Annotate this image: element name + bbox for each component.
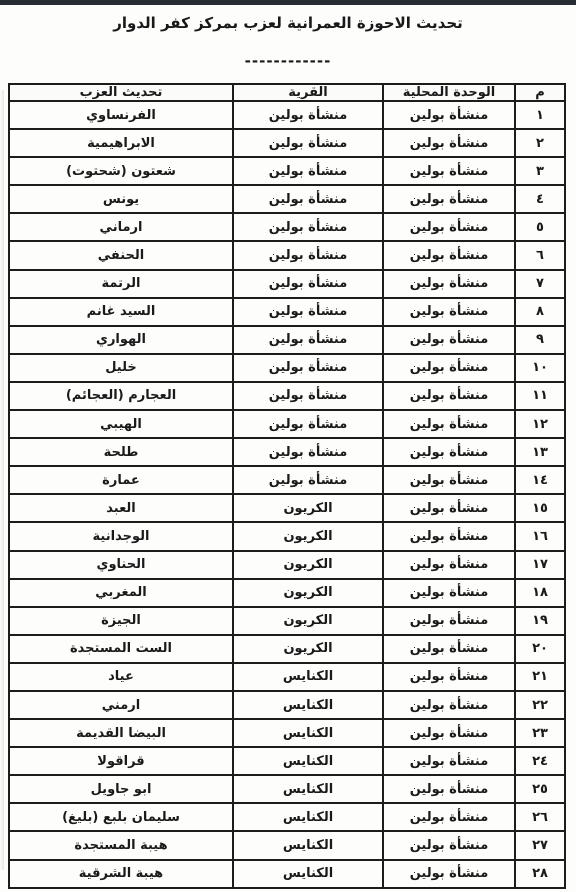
cell-number: ٢ <box>515 129 565 157</box>
cell-local-unit: منشأة بولين <box>383 410 515 438</box>
cell-village: منشأة بولين <box>233 354 383 382</box>
table-row: ١٦منشأة بولينالكريونالوجدانية <box>9 522 565 550</box>
cell-village: منشأة بولين <box>233 101 383 129</box>
cell-hamlet: الست المستجدة <box>9 635 233 663</box>
cell-local-unit: منشأة بولين <box>383 803 515 831</box>
cell-village: منشأة بولين <box>233 466 383 494</box>
cell-village: الكريون <box>233 494 383 522</box>
cell-local-unit: منشأة بولين <box>383 101 515 129</box>
cell-local-unit: منشأة بولين <box>383 270 515 298</box>
cell-hamlet: الهواري <box>9 326 233 354</box>
table-row: ٢١منشأة بولينالكنايسعياد <box>9 663 565 691</box>
cell-local-unit: منشأة بولين <box>383 298 515 326</box>
cell-number: ١٦ <box>515 522 565 550</box>
table-row: ٩منشأة بولينمنشأة بولينالهواري <box>9 326 565 354</box>
header-local-unit: الوحدة المحلية <box>383 84 515 101</box>
cell-local-unit: منشأة بولين <box>383 354 515 382</box>
cell-village: الكريون <box>233 607 383 635</box>
table-row: ٨منشأة بولينمنشأة بولينالسيد غانم <box>9 298 565 326</box>
cell-local-unit: منشأة بولين <box>383 326 515 354</box>
cell-village: منشأة بولين <box>233 129 383 157</box>
cell-local-unit: منشأة بولين <box>383 129 515 157</box>
cell-local-unit: منشأة بولين <box>383 157 515 185</box>
cell-hamlet: خليل <box>9 354 233 382</box>
cell-village: الكريون <box>233 522 383 550</box>
cell-hamlet: ارمني <box>9 691 233 719</box>
cell-hamlet: الوجدانية <box>9 522 233 550</box>
cell-number: ١١ <box>515 382 565 410</box>
cell-number: ١٣ <box>515 438 565 466</box>
table-row: ١٠منشأة بولينمنشأة بولينخليل <box>9 354 565 382</box>
cell-local-unit: منشأة بولين <box>383 494 515 522</box>
scanned-document-page: تحديث الاحوزة العمرانية لعزب بمركز كفر ا… <box>0 0 576 892</box>
cell-hamlet: الابراهيمية <box>9 129 233 157</box>
table-row: ٢٣منشأة بولينالكنايسالبيضا القديمة <box>9 719 565 747</box>
cell-hamlet: البيضا القديمة <box>9 719 233 747</box>
cell-local-unit: منشأة بولين <box>383 747 515 775</box>
table-row: ٦منشأة بولينمنشأة بولينالحنفي <box>9 241 565 269</box>
table-row: ٢٦منشأة بولينالكنايسسليمان بلبع (بليغ) <box>9 803 565 831</box>
table-row: ٣منشأة بولينمنشأة بولينشعتون (شحتوت) <box>9 157 565 185</box>
table-row: ٢٠منشأة بولينالكريونالست المستجدة <box>9 635 565 663</box>
cell-number: ٨ <box>515 298 565 326</box>
cell-village: الكريون <box>233 579 383 607</box>
cell-local-unit: منشأة بولين <box>383 241 515 269</box>
table-row: ١٢منشأة بولينمنشأة بولينالهيبي <box>9 410 565 438</box>
cell-village: منشأة بولين <box>233 438 383 466</box>
cell-local-unit: منشأة بولين <box>383 551 515 579</box>
cell-village: منشأة بولين <box>233 241 383 269</box>
cell-number: ٢٣ <box>515 719 565 747</box>
cell-number: ٥ <box>515 213 565 241</box>
table-row: ٢٧منشأة بولينالكنايسهيبة المستجدة <box>9 831 565 859</box>
cell-village: منشأة بولين <box>233 410 383 438</box>
cell-local-unit: منشأة بولين <box>383 522 515 550</box>
table-row: ٤منشأة بولينمنشأة بولينيونس <box>9 185 565 213</box>
cell-local-unit: منشأة بولين <box>383 860 515 888</box>
cell-number: ١٧ <box>515 551 565 579</box>
title-divider: ------------ <box>0 52 576 70</box>
cell-number: ١ <box>515 101 565 129</box>
cell-number: ٢٦ <box>515 803 565 831</box>
table-row: ١منشأة بولينمنشأة بولينالفرنساوي <box>9 101 565 129</box>
cell-village: منشأة بولين <box>233 326 383 354</box>
cell-hamlet: طلحة <box>9 438 233 466</box>
header-hamlet: تحديث العزب <box>9 84 233 101</box>
cell-number: ٤ <box>515 185 565 213</box>
cell-local-unit: منشأة بولين <box>383 775 515 803</box>
cell-village: منشأة بولين <box>233 185 383 213</box>
cell-number: ٢٠ <box>515 635 565 663</box>
table-row: ١٣منشأة بولينمنشأة بولينطلحة <box>9 438 565 466</box>
cell-number: ٧ <box>515 270 565 298</box>
cell-village: منشأة بولين <box>233 298 383 326</box>
cell-village: منشأة بولين <box>233 213 383 241</box>
cell-hamlet: الجيزة <box>9 607 233 635</box>
cell-village: الكنايس <box>233 831 383 859</box>
table-row: ١٧منشأة بولينالكريونالحناوي <box>9 551 565 579</box>
cell-number: ٩ <box>515 326 565 354</box>
cell-hamlet: المغربي <box>9 579 233 607</box>
cell-village: منشأة بولين <box>233 157 383 185</box>
hamlets-table: م الوحدة المحلية القرية تحديث العزب ١منش… <box>8 83 566 889</box>
cell-local-unit: منشأة بولين <box>383 382 515 410</box>
cell-village: منشأة بولين <box>233 270 383 298</box>
cell-local-unit: منشأة بولين <box>383 691 515 719</box>
header-number: م <box>515 84 565 101</box>
cell-number: ٢٥ <box>515 775 565 803</box>
cell-number: ٢١ <box>515 663 565 691</box>
cell-village: الكريون <box>233 635 383 663</box>
cell-local-unit: منشأة بولين <box>383 185 515 213</box>
cell-number: ١٩ <box>515 607 565 635</box>
cell-number: ١٥ <box>515 494 565 522</box>
cell-local-unit: منشأة بولين <box>383 438 515 466</box>
header-village: القرية <box>233 84 383 101</box>
cell-village: الكنايس <box>233 691 383 719</box>
cell-hamlet: الحناوي <box>9 551 233 579</box>
cell-hamlet: ابو جاويل <box>9 775 233 803</box>
cell-hamlet: العجارم (العجائم) <box>9 382 233 410</box>
cell-number: ٣ <box>515 157 565 185</box>
cell-hamlet: الحنفي <box>9 241 233 269</box>
cell-village: منشأة بولين <box>233 382 383 410</box>
cell-number: ٢٧ <box>515 831 565 859</box>
cell-hamlet: هيبة المستجدة <box>9 831 233 859</box>
cell-local-unit: منشأة بولين <box>383 831 515 859</box>
page-title: تحديث الاحوزة العمرانية لعزب بمركز كفر ا… <box>0 14 576 32</box>
cell-hamlet: الرتمة <box>9 270 233 298</box>
table-row: ١٨منشأة بولينالكريونالمغربي <box>9 579 565 607</box>
table-row: ٧منشأة بولينمنشأة بولينالرتمة <box>9 270 565 298</box>
cell-hamlet: قراقولا <box>9 747 233 775</box>
cell-hamlet: عياد <box>9 663 233 691</box>
table-row: ٢منشأة بولينمنشأة بولينالابراهيمية <box>9 129 565 157</box>
cell-local-unit: منشأة بولين <box>383 213 515 241</box>
cell-village: الكنايس <box>233 803 383 831</box>
cell-hamlet: هيبة الشرقية <box>9 860 233 888</box>
cell-local-unit: منشأة بولين <box>383 579 515 607</box>
cell-hamlet: الفرنساوي <box>9 101 233 129</box>
cell-number: ١٠ <box>515 354 565 382</box>
cell-number: ١٤ <box>515 466 565 494</box>
cell-number: ٢٤ <box>515 747 565 775</box>
cell-village: الكنايس <box>233 663 383 691</box>
cell-village: الكنايس <box>233 719 383 747</box>
table-row: ٢٨منشأة بولينالكنايسهيبة الشرقية <box>9 860 565 888</box>
cell-hamlet: شعتون (شحتوت) <box>9 157 233 185</box>
cell-number: ١٨ <box>515 579 565 607</box>
cell-hamlet: العبد <box>9 494 233 522</box>
cell-hamlet: الهيبي <box>9 410 233 438</box>
table-row: ١٩منشأة بولينالكريونالجيزة <box>9 607 565 635</box>
cell-village: الكنايس <box>233 747 383 775</box>
cell-number: ٢٢ <box>515 691 565 719</box>
cell-hamlet: عمارة <box>9 466 233 494</box>
table-row: ٥منشأة بولينمنشأة بولينارماني <box>9 213 565 241</box>
cell-village: الكنايس <box>233 860 383 888</box>
cell-number: ١٢ <box>515 410 565 438</box>
cell-hamlet: السيد غانم <box>9 298 233 326</box>
table-row: ١٤منشأة بولينمنشأة بولينعمارة <box>9 466 565 494</box>
table-row: ٢٢منشأة بولينالكنايسارمني <box>9 691 565 719</box>
cell-village: الكنايس <box>233 775 383 803</box>
cell-hamlet: يونس <box>9 185 233 213</box>
cell-local-unit: منشأة بولين <box>383 607 515 635</box>
cell-local-unit: منشأة بولين <box>383 663 515 691</box>
table-row: ٢٥منشأة بولينالكنايسابو جاويل <box>9 775 565 803</box>
cell-number: ٢٨ <box>515 860 565 888</box>
cell-hamlet: ارماني <box>9 213 233 241</box>
table-row: ٢٤منشأة بولينالكنايسقراقولا <box>9 747 565 775</box>
cell-local-unit: منشأة بولين <box>383 635 515 663</box>
table-row: ١١منشأة بولينمنشأة بولينالعجارم (العجائم… <box>9 382 565 410</box>
cell-village: الكريون <box>233 551 383 579</box>
cell-local-unit: منشأة بولين <box>383 466 515 494</box>
cell-number: ٦ <box>515 241 565 269</box>
scan-edge-shadow <box>0 90 4 870</box>
table-row: ١٥منشأة بولينالكريونالعبد <box>9 494 565 522</box>
scan-top-bar <box>0 0 576 5</box>
table-header-row: م الوحدة المحلية القرية تحديث العزب <box>9 84 565 101</box>
cell-hamlet: سليمان بلبع (بليغ) <box>9 803 233 831</box>
cell-local-unit: منشأة بولين <box>383 719 515 747</box>
